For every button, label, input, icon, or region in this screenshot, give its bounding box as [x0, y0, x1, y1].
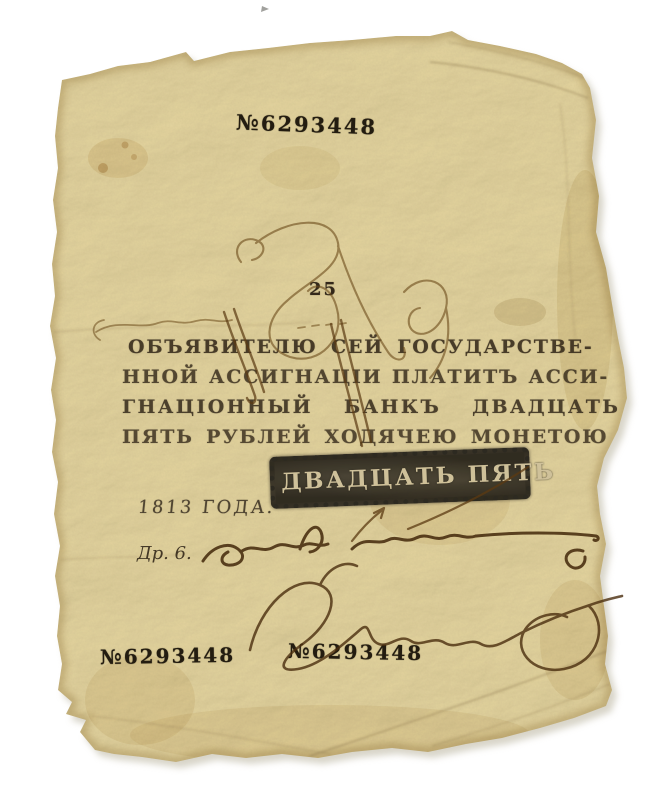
banknote-scan: №6293448 25 ОБЪЯВИТЕЛЮ СЕЙ ГОСУДАРСТВЕ- … — [0, 0, 646, 800]
serial-number-bottom-right: №6293448 — [288, 639, 424, 665]
body-line-3: ГНАЦIОННЫЙ БАНКЪ ДВАДЦАТЬ — [122, 396, 620, 418]
printed-text-layer: №6293448 25 ОБЪЯВИТЕЛЮ СЕЙ ГОСУДАРСТВЕ- … — [0, 0, 646, 800]
year-line: 1813 ГОДА. — [137, 497, 276, 518]
denomination-numeral: 25 — [309, 279, 338, 300]
body-line-2: ННОЙ АССИГНАЦIИ ПЛАТИТЪ АССИ- — [122, 366, 609, 388]
series-line: Др. 6. — [137, 543, 192, 564]
body-line-4: ПЯТЬ РУБЛЕЙ ХОДЯЧЕЮ МОНЕТОЮ — [122, 426, 609, 448]
body-line-1: ОБЪЯВИТЕЛЮ СЕЙ ГОСУДАРСТВЕ- — [122, 336, 594, 358]
serial-number-bottom-left: №6293448 — [100, 643, 236, 669]
denomination-stamp: ДВАДЦАТЬ ПЯТЬ — [269, 447, 531, 509]
serial-number-top: №6293448 — [236, 110, 378, 140]
